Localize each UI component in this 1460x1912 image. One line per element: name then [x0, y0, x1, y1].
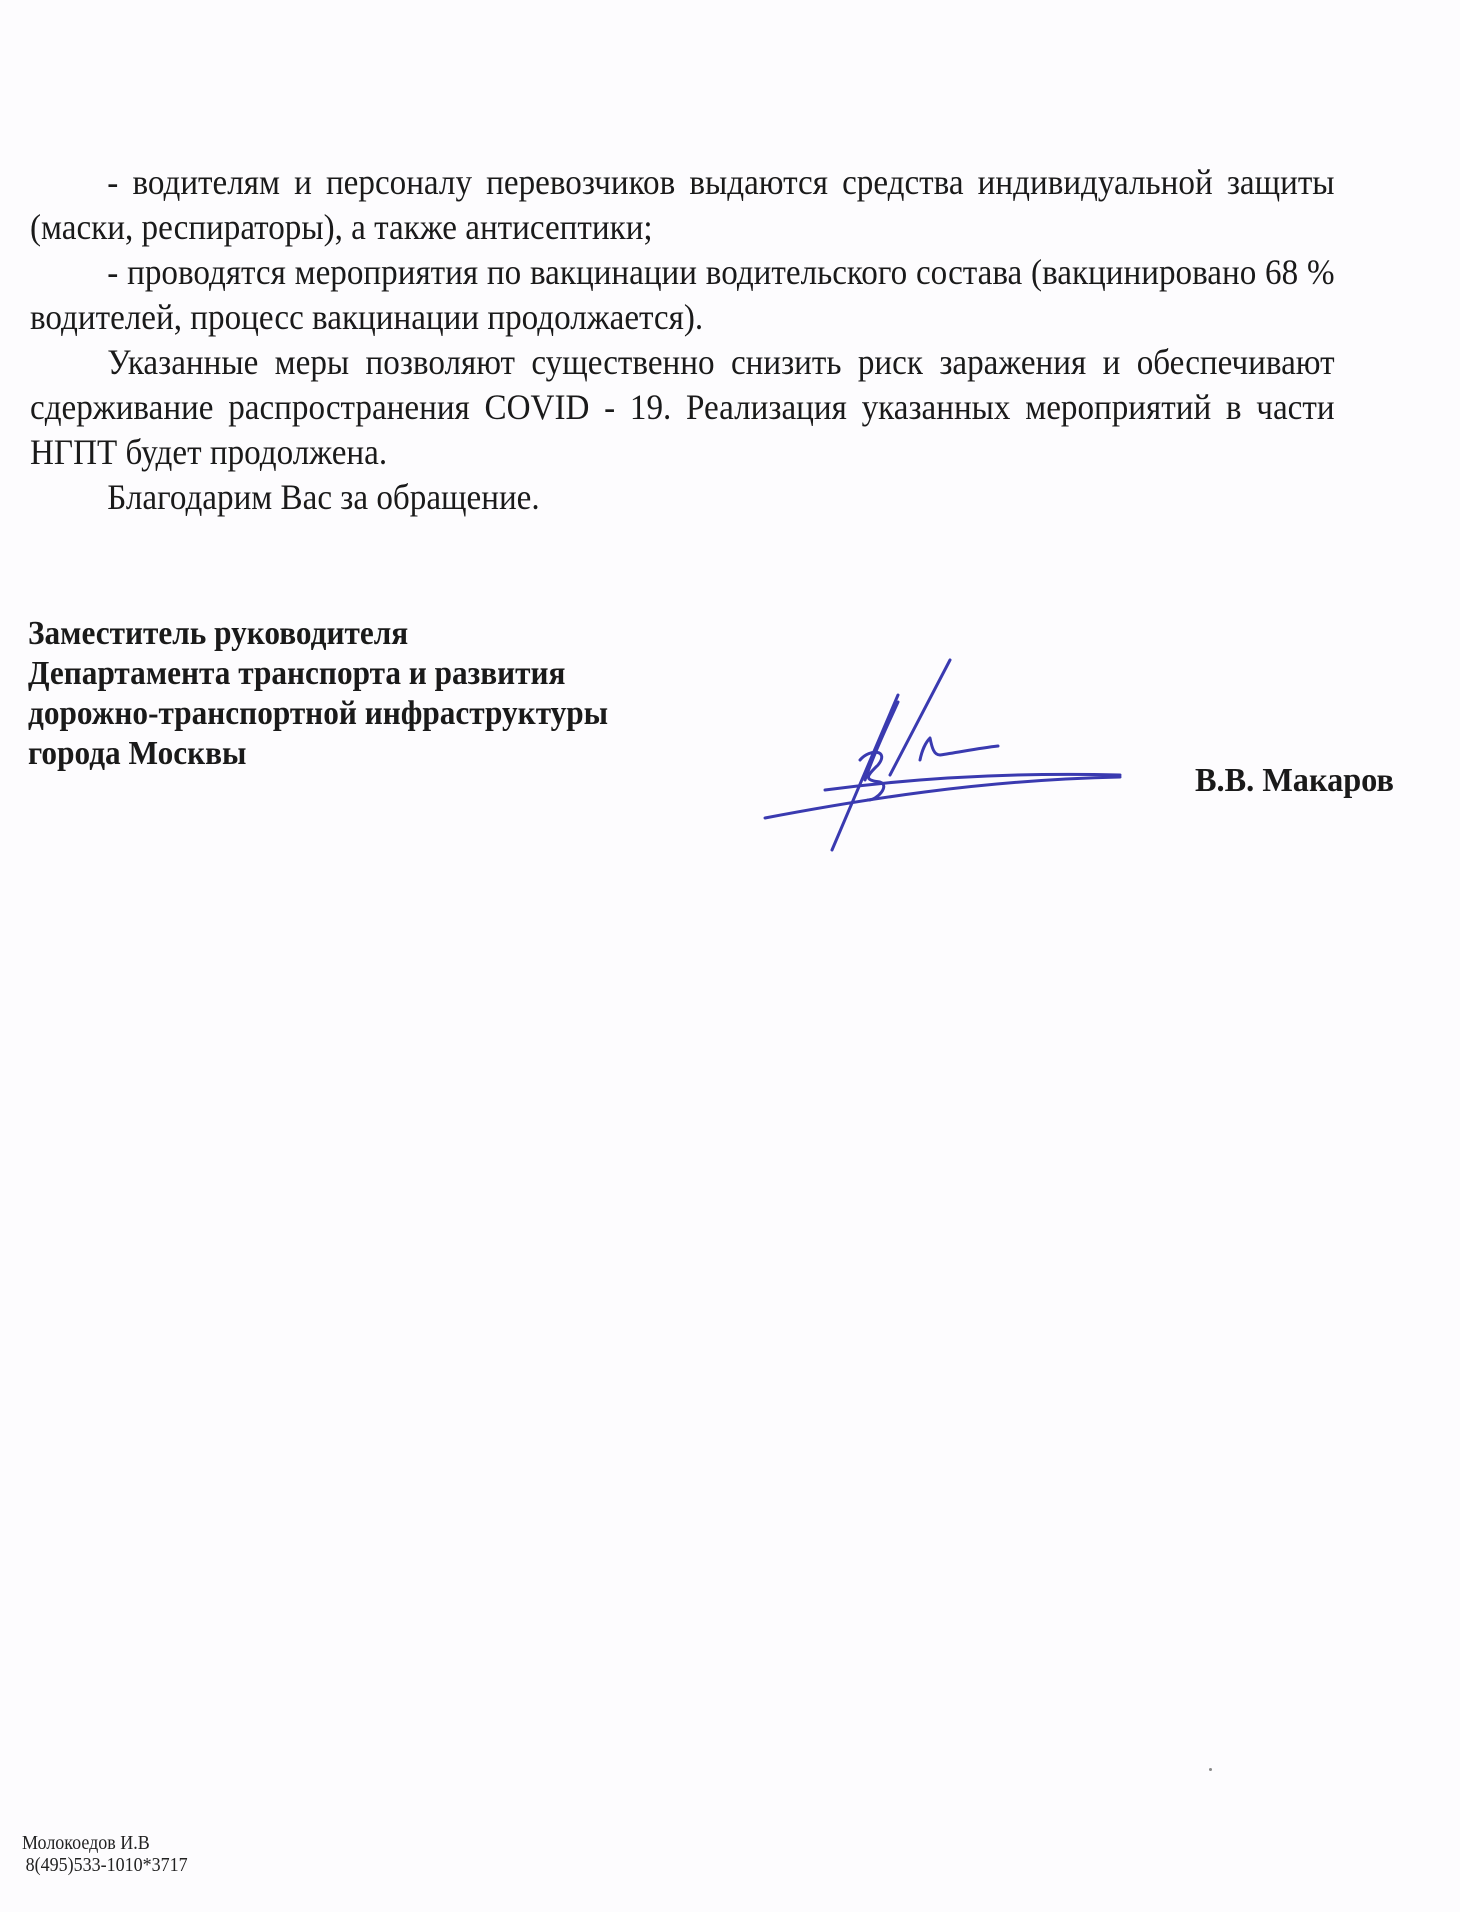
signatory-title-line: города Москвы: [28, 734, 608, 774]
handwritten-signature-icon: [740, 640, 1140, 870]
signer-name: В.В. Макаров: [1195, 762, 1394, 800]
signatory-title-line: Департамента транспорта и развития: [28, 654, 608, 694]
letter-body: - водителям и персоналу перевозчиков выд…: [30, 160, 1335, 520]
document-page: - водителям и персоналу перевозчиков выд…: [0, 0, 1460, 1912]
executor-phone: 8(495)533-1010*3717: [22, 1854, 188, 1876]
paragraph-vaccination: - проводятся мероприятия по вакцинации в…: [30, 250, 1335, 340]
paragraph-thanks: Благодарим Вас за обращение.: [30, 475, 1335, 520]
paragraph-ppe: - водителям и персоналу перевозчиков выд…: [30, 160, 1335, 250]
paragraph-measures: Указанные меры позволяют существенно сни…: [30, 340, 1335, 475]
signatory-title-line: дорожно-транспортной инфраструктуры: [28, 694, 608, 734]
signatory-title: Заместитель руководителя Департамента тр…: [28, 614, 608, 774]
signatory-title-line: Заместитель руководителя: [28, 614, 608, 654]
scan-artifact: [1209, 1768, 1212, 1771]
executor-name: Молокоедов И.В: [22, 1832, 188, 1854]
executor-footer: Молокоедов И.В 8(495)533-1010*3717: [22, 1832, 188, 1876]
